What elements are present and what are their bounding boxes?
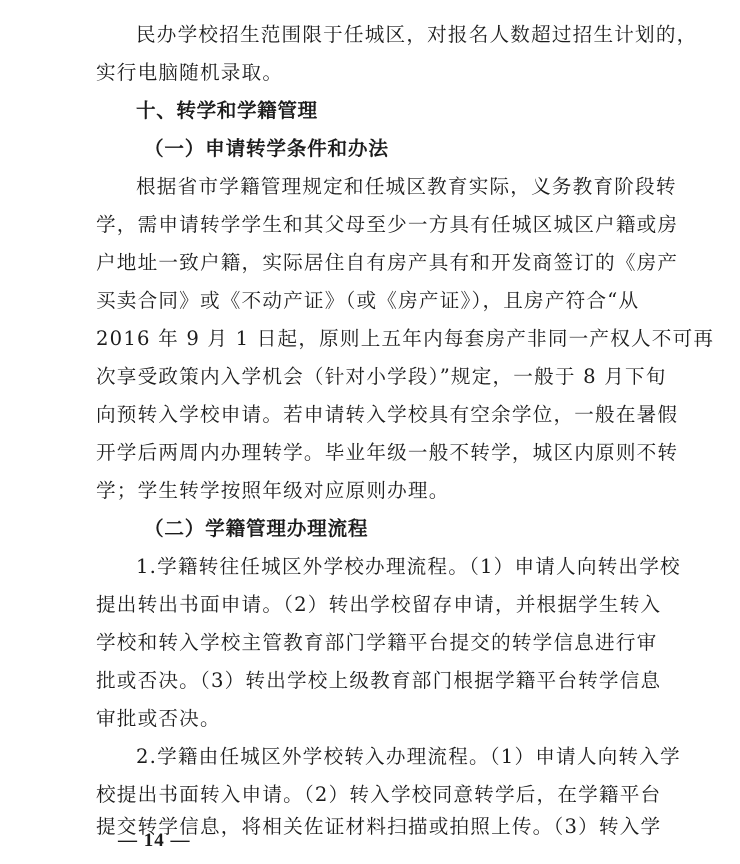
- page-number: — 14 —: [118, 830, 191, 852]
- subsection-title: （一）申请转学条件和办法: [144, 130, 662, 168]
- paragraph-line: 提出转出书面申请。（2）转出学校留存申请，并根据学生转入: [96, 586, 662, 624]
- paragraph-line: 2016 年 9 月 1 日起，原则上五年内每套房产非同一产权人不可再: [96, 320, 662, 358]
- paragraph-line: 1.学籍转往任城区外学校办理流程。（1）申请人向转出学校: [136, 548, 662, 586]
- section-title: 十、转学和学籍管理: [136, 92, 662, 130]
- subsection-title: （二）学籍管理办理流程: [144, 510, 662, 548]
- paragraph-line: 根据省市学籍管理规定和任城区教育实际，义务教育阶段转: [136, 168, 662, 206]
- paragraph-line: 批或否决。（3）转出学校上级教育部门根据学籍平台转学信息: [96, 662, 662, 700]
- paragraph-line: 实行电脑随机录取。: [96, 54, 662, 92]
- paragraph-line: 买卖合同》或《不动产证》（或《房产证》），且房产符合“从: [96, 282, 662, 320]
- paragraph-line: 向预转入学校申请。若申请转入学校具有空余学位，一般在暑假: [96, 396, 662, 434]
- paragraph-line: 户地址一致户籍，实际居住自有房产具有和开发商签订的《房产: [96, 244, 662, 282]
- paragraph-line: 学，需申请转学学生和其父母至少一方具有任城区城区户籍或房: [96, 206, 662, 244]
- paragraph-line: 次享受政策内入学机会（针对小学段）”规定，一般于 8 月下旬: [96, 358, 662, 396]
- paragraph-line: 审批或否决。: [96, 700, 662, 738]
- paragraph-line: 学校和转入学校主管教育部门学籍平台提交的转学信息进行审: [96, 624, 662, 662]
- document-page: 民办学校招生范围限于任城区，对报名人数超过招生计划的， 实行电脑随机录取。 十、…: [0, 0, 740, 864]
- paragraph-line: 2.学籍由任城区外学校转入办理流程。（1）申请人向转入学: [136, 738, 662, 776]
- paragraph-line: 学；学生转学按照年级对应原则办理。: [96, 472, 662, 510]
- paragraph-line: 开学后两周内办理转学。毕业年级一般不转学，城区内原则不转: [96, 434, 662, 472]
- paragraph-line: 民办学校招生范围限于任城区，对报名人数超过招生计划的，: [136, 16, 662, 54]
